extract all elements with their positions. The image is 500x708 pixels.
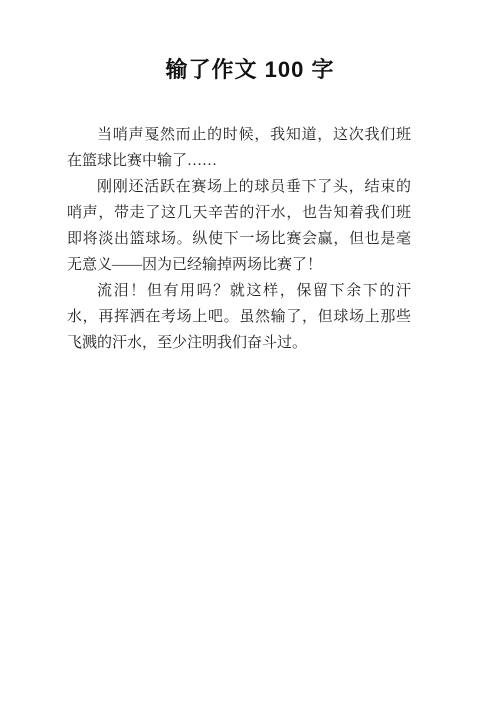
paragraph-1: 当哨声戛然而止的时候，我知道，这次我们班在篮球比赛中输了……: [67, 122, 411, 174]
paragraph-2: 刚刚还活跃在赛场上的球员垂下了头，结束的哨声，带走了这几天辛苦的汗水，也告知着我…: [67, 174, 411, 278]
document-body: 当哨声戛然而止的时候，我知道，这次我们班在篮球比赛中输了…… 刚刚还活跃在赛场上…: [67, 122, 411, 356]
document-page: 输了作文 100 字 当哨声戛然而止的时候，我知道，这次我们班在篮球比赛中输了……: [0, 0, 500, 708]
paragraph-3: 流泪！但有用吗？就这样，保留下余下的汗水，再挥洒在考场上吧。虽然输了，但球场上那…: [67, 278, 411, 356]
document-title: 输了作文 100 字: [0, 0, 500, 84]
